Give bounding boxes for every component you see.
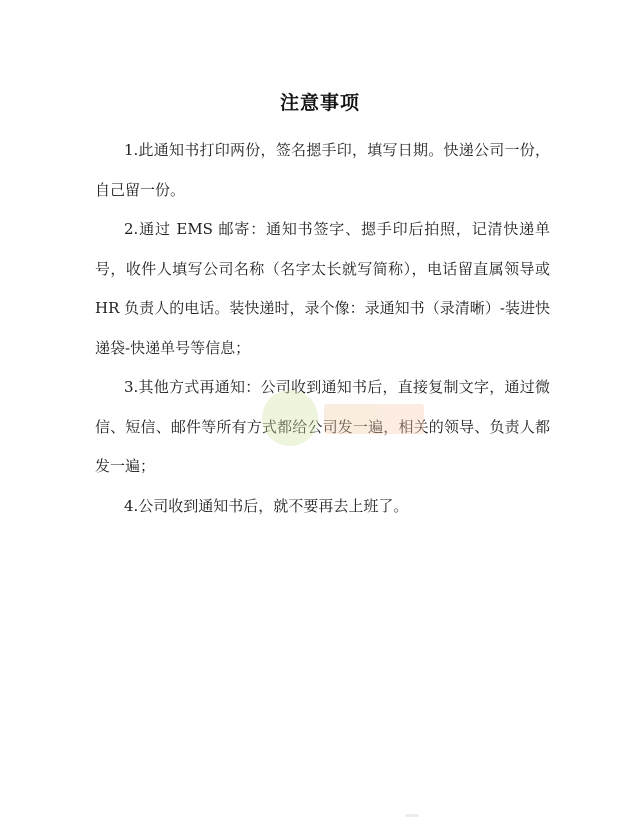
notice-body: 1.此通知书打印两份，签名摁手印，填写日期。快递公司一份，自己留一份。 2.通过… xyxy=(95,131,550,526)
document-page: 注意事项 1.此通知书打印两份，签名摁手印，填写日期。快递公司一份，自己留一份。… xyxy=(0,0,640,828)
notice-item-1: 1.此通知书打印两份，签名摁手印，填写日期。快递公司一份，自己留一份。 xyxy=(95,131,550,210)
page-title: 注意事项 xyxy=(0,88,640,115)
notice-item-2: 2.通过 EMS 邮寄：通知书签字、摁手印后拍照，记清快递单号，收件人填写公司名… xyxy=(95,210,550,368)
notice-item-3: 3.其他方式再通知：公司收到通知书后，直接复制文字，通过微信、短信、邮件等所有方… xyxy=(95,368,550,487)
notice-item-4: 4.公司收到通知书后，就不要再去上班了。 xyxy=(95,487,550,527)
scan-speck xyxy=(405,814,419,817)
